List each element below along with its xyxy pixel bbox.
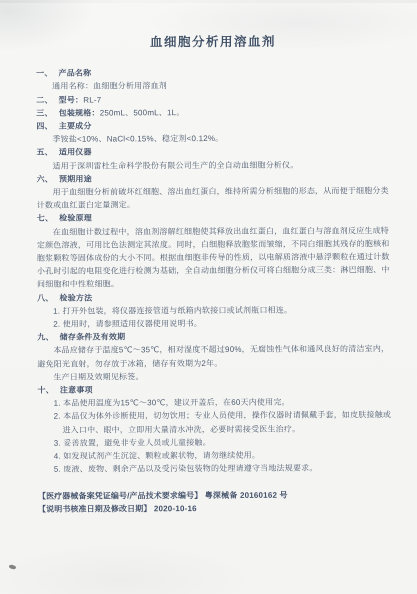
section-inline-value: 250mL、500mL、1L。 — [100, 108, 185, 117]
section-title: 注意事项 — [60, 386, 93, 395]
document-content: 血细胞分析用溶血剂 一、产品名称 通用名称：血细胞分析用溶血剂 二、型号：RL-… — [36, 35, 392, 517]
section-number: 一、 — [36, 69, 52, 78]
section-number: 三、 — [36, 109, 52, 118]
section-paragraph: 本品应储存于温度5℃～35℃，相对湿度不超过90%，无腐蚀性气体和通风良好的清洁… — [37, 343, 391, 371]
section-number: 五、 — [36, 148, 52, 157]
approval-date-label: 【说明书核准日期及修改日期】 — [38, 505, 151, 514]
section-title: 检验方法 — [59, 293, 92, 302]
section-number: 七、 — [37, 214, 53, 223]
section-number: 四、 — [36, 122, 52, 131]
registration-footer: 【医疗器械备案凭证编号/产品技术要求编号】 粤深械备 20160162 号 【说… — [38, 488, 392, 517]
section: 八、检验方法 1. 打开外包装，将仪器连接管道与纸箱内软接口或试剂瓶口相连。2.… — [37, 290, 391, 331]
section: 五、适用仪器 适用于深圳雷杜生命科学股份有限公司生产的全自动血细胞分析仪。 — [36, 145, 390, 173]
registration-number-label: 【医疗器械备案凭证编号/产品技术要求编号】 — [38, 491, 202, 501]
section: 七、检验原理 在血细胞计数过程中，溶血剂溶解红细胞使其释放出血红蛋白，血红蛋白与… — [37, 211, 391, 292]
approval-date-value: 2020-10-16 — [151, 504, 196, 513]
section: 十、注意事项 1. 本品使用温度为15℃～30℃，建议开盖后，在60天内使用完。… — [37, 382, 391, 476]
section: 六、预期用途 用于血细胞分析前破坏红细胞、溶出血红蛋白，维持所需分析细胞的形态，… — [37, 171, 391, 212]
section-list-item: 5. 废液、废物、剩余产品以及受污染包装物的处理请遵守当地法规要求。 — [38, 462, 392, 477]
section-number: 八、 — [37, 293, 53, 302]
registration-number-value: 粤深械备 20160162 号 — [202, 490, 288, 499]
scan-artifact — [9, 564, 17, 570]
section-title: 检验原理 — [59, 214, 92, 223]
section-title: 产品名称 — [59, 69, 92, 78]
section-number: 二、 — [36, 95, 52, 104]
section-number: 九、 — [37, 333, 53, 342]
scanned-document-page: 血细胞分析用溶血剂 一、产品名称 通用名称：血细胞分析用溶血剂 二、型号：RL-… — [0, 0, 417, 594]
section-title: 包装规格： — [59, 108, 100, 117]
page-title: 血细胞分析用溶血剂 — [36, 35, 390, 50]
section-number: 十、 — [37, 386, 53, 395]
section-title: 适用仪器 — [59, 148, 92, 157]
scan-edge-shadow — [0, 0, 417, 3]
section-list-item: 2. 本品仅为体外诊断使用，切勿饮用；专业人员使用，操作仪器时请佩戴手套，如皮肤… — [38, 409, 392, 437]
section-inline-value: RL-7 — [83, 95, 101, 104]
section-paragraph: 在血细胞计数过程中，溶血剂溶解红细胞使其释放出血红蛋白，血红蛋白与溶血剂反应生成… — [37, 224, 391, 292]
approval-date-line: 【说明书核准日期及修改日期】 2020-10-16 — [38, 502, 392, 517]
section: 一、产品名称 通用名称：血细胞分析用溶血剂 — [36, 65, 390, 93]
sections-container: 一、产品名称 通用名称：血细胞分析用溶血剂 二、型号：RL-7 三、包装规格：2… — [36, 65, 392, 476]
section: 九、储存条件及有效期 本品应储存于温度5℃～35℃，相对湿度不超过90%，无腐蚀… — [37, 329, 391, 383]
section: 四、主要成分 季铵盐<10%、NaCl<0.15%、稳定剂<0.12%。 — [36, 118, 390, 146]
section-title: 储存条件及有效期 — [60, 333, 126, 342]
section-paragraph: 用于血细胞分析前破坏红细胞、溶出血红蛋白，维持所需分析细胞的形态，从而便于细胞分… — [37, 184, 391, 212]
section-title: 预期用途 — [59, 174, 92, 183]
section-title: 型号： — [59, 95, 84, 104]
section-title: 主要成分 — [59, 122, 92, 131]
section-number: 六、 — [37, 175, 53, 184]
